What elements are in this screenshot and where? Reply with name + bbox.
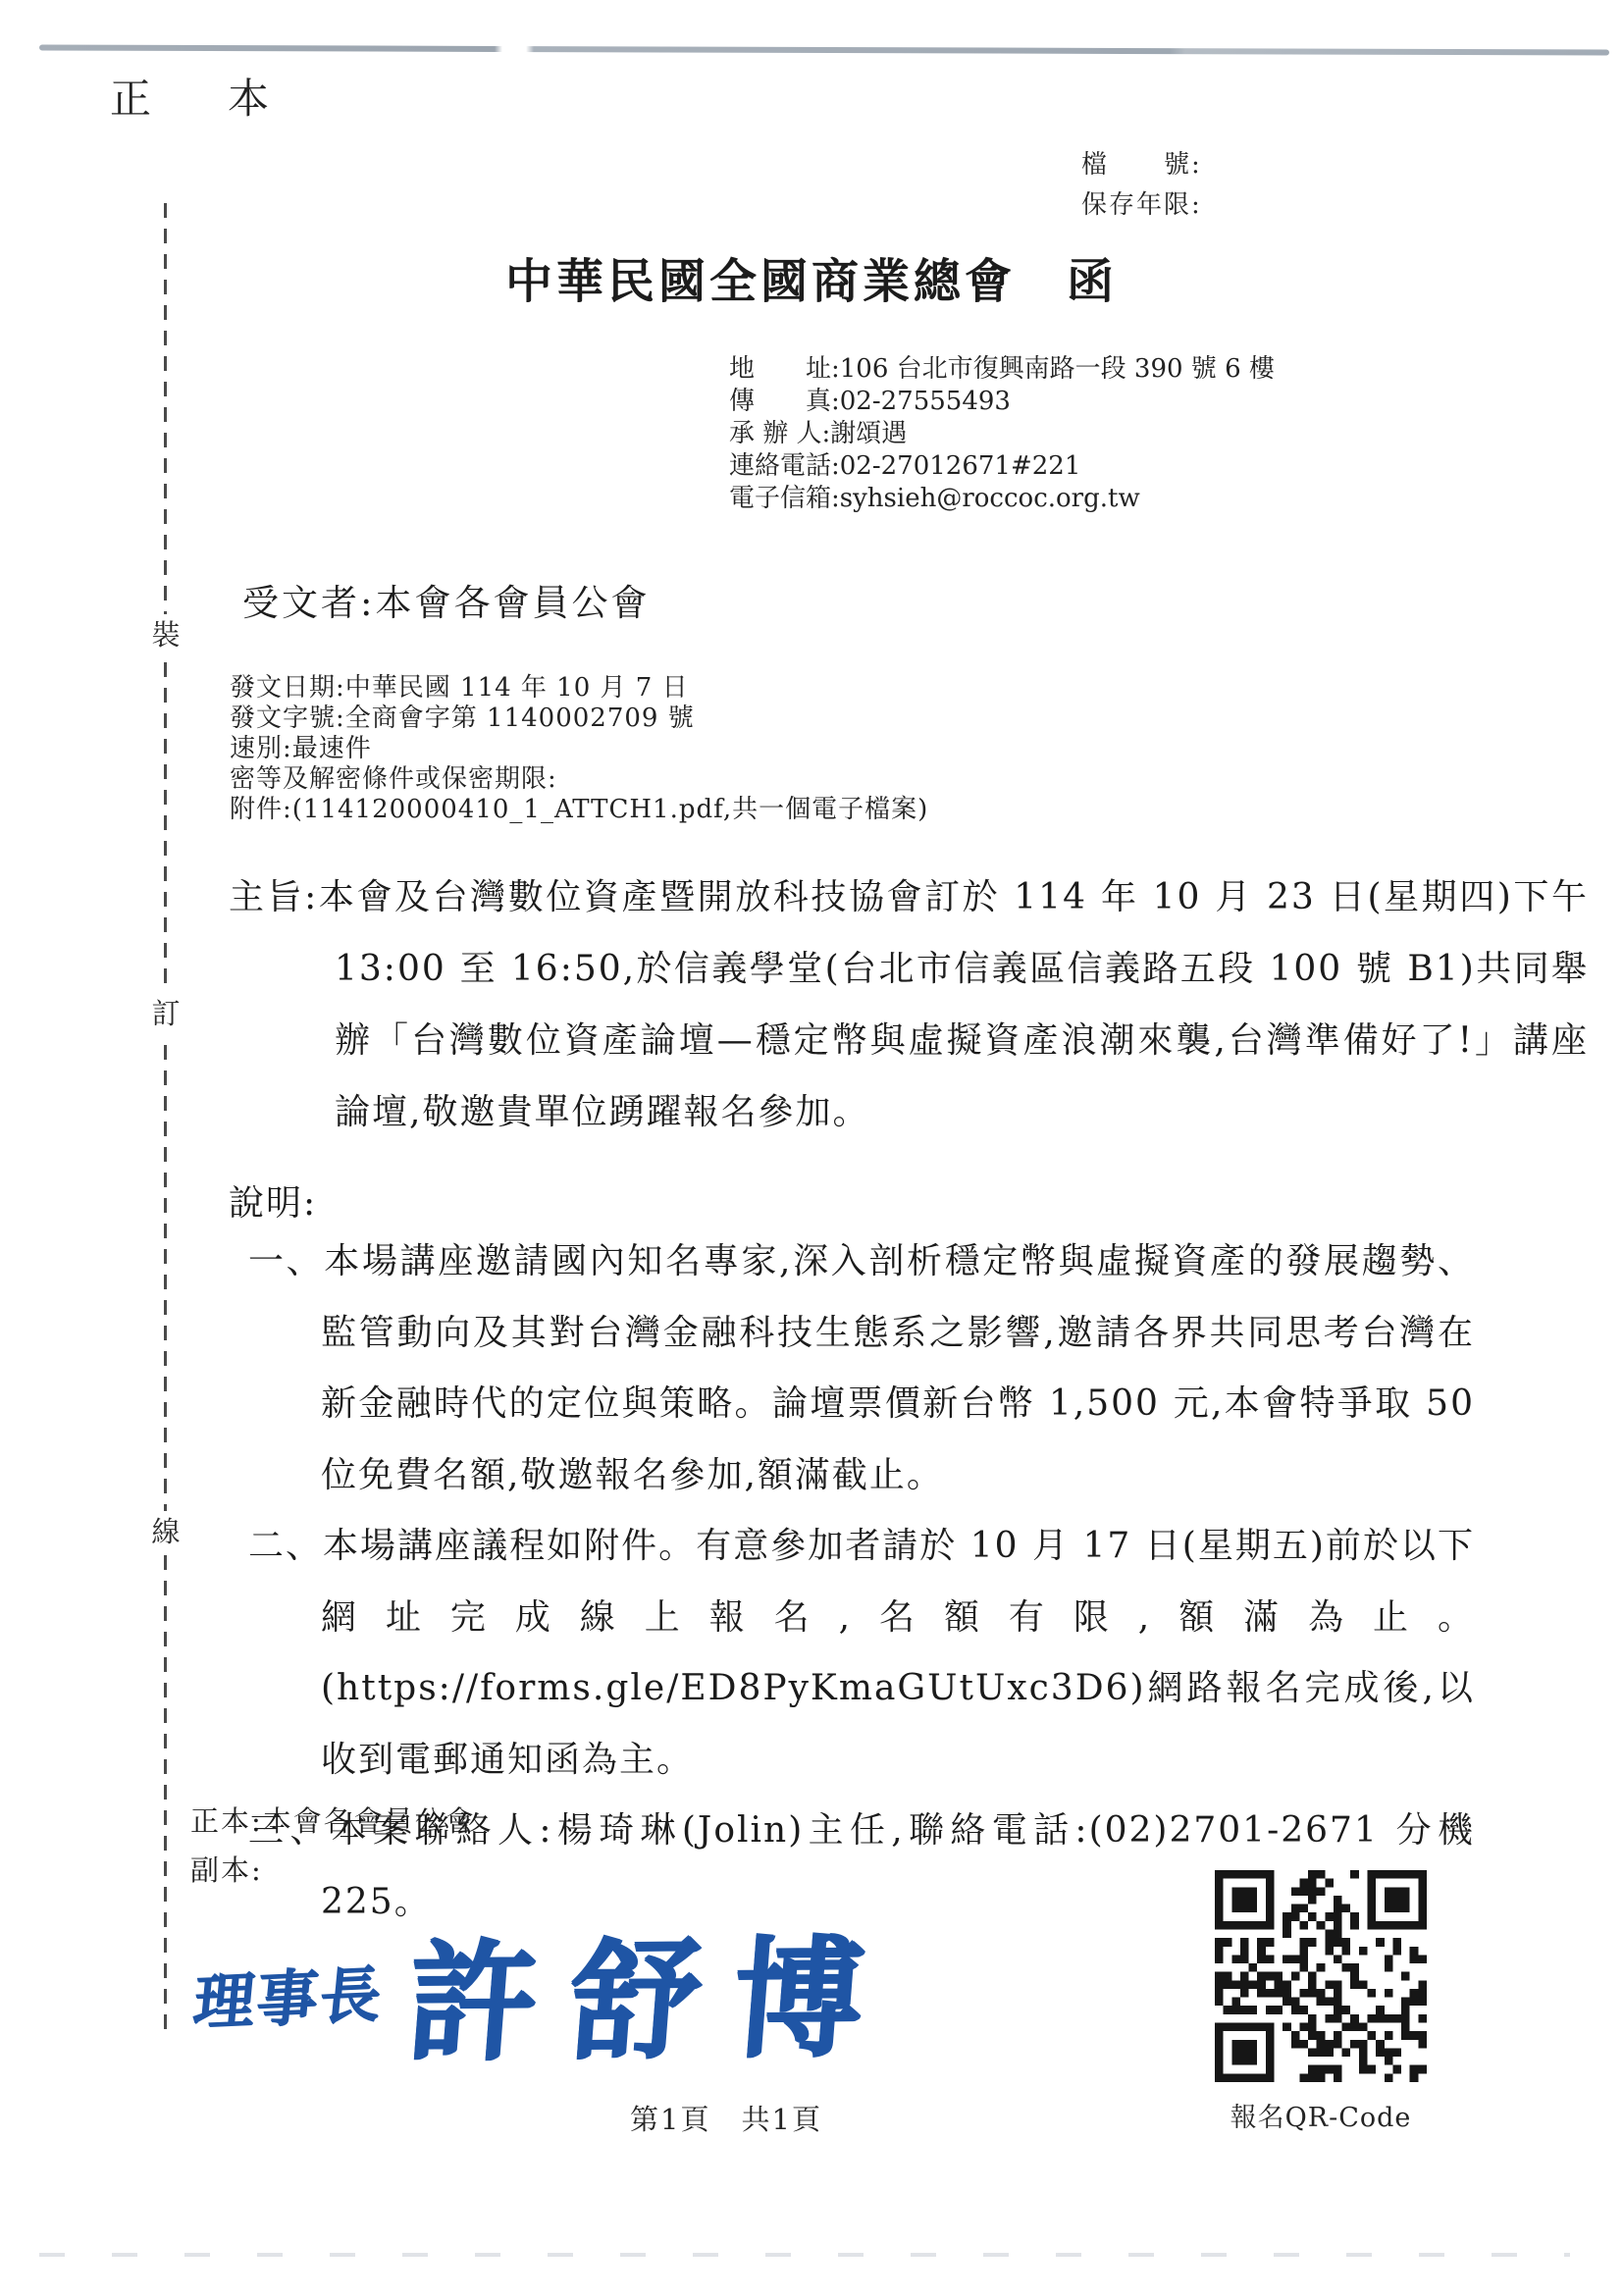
sender-address-row: 地 址:106 台北市復興南路一段 390 號 6 樓 xyxy=(729,353,1275,386)
sender-address-value: 106 台北市復興南路一段 390 號 6 樓 xyxy=(840,354,1275,384)
subject-label: 主旨: xyxy=(229,877,318,917)
cc-original-line: 正本:本會各會員公會 xyxy=(190,1800,476,1840)
dispatch-meta-block: 發文日期:中華民國 114 年 10 月 7 日 發文字號:全商會字第 1140… xyxy=(230,673,928,825)
sender-handler-value: 謝頌遇 xyxy=(830,419,907,448)
dispatch-date: 發文日期:中華民國 114 年 10 月 7 日 xyxy=(230,673,928,704)
sender-contact-block: 地 址:106 台北市復興南路一段 390 號 6 樓 傳 真:02-27555… xyxy=(729,353,1275,515)
sender-email-row: 電子信箱:syhsieh@roccoc.org.tw xyxy=(729,483,1275,515)
description-item-2: 二、本場講座議程如附件。有意參加者請於 10 月 17 日(星期五)前於以下網址… xyxy=(248,1511,1475,1796)
scan-artifact-line xyxy=(39,44,1609,55)
item-1-text: 本場講座邀請國內知名專家,深入剖析穩定幣與虛擬資產的發展趨勢、監管動向及其對台灣… xyxy=(321,1241,1475,1495)
sender-email-label: 電子信箱: xyxy=(729,484,840,513)
signature-title: 理事長 xyxy=(189,1945,387,2041)
security-classification: 密等及解密條件或保密期限: xyxy=(230,764,928,795)
file-number-label: 檔 號: xyxy=(1081,145,1202,185)
qr-code-image xyxy=(1215,1870,1427,2082)
item-2-number: 二、 xyxy=(248,1526,323,1566)
president-signature: 理事長 許舒博 xyxy=(193,1898,941,2082)
sender-phone-label: 連絡電話: xyxy=(729,451,840,481)
binding-mark-xian: 線 xyxy=(148,1511,183,1552)
subject-text: 本會及台灣數位資產暨開放科技協會訂於 114 年 10 月 23 日(星期四)下… xyxy=(318,877,1589,1132)
copy-type-label: 正 本 xyxy=(110,67,287,126)
description-label: 說明: xyxy=(229,1175,317,1226)
binding-mark-ding: 訂 xyxy=(148,993,183,1034)
item-1-number: 一、 xyxy=(248,1241,324,1281)
cc-copy-line: 副本: xyxy=(190,1849,263,1889)
sender-email-value: syhsieh@roccoc.org.tw xyxy=(840,484,1140,513)
description-item-1: 一、本場講座邀請國內知名專家,深入剖析穩定幣與虛擬資產的發展趨勢、監管動向及其對… xyxy=(248,1226,1475,1511)
subject-paragraph: 主旨:本會及台灣數位資產暨開放科技協會訂於 114 年 10 月 23 日(星期… xyxy=(229,861,1589,1148)
sender-phone-row: 連絡電話:02-27012671#221 xyxy=(729,450,1275,483)
priority: 速別:最速件 xyxy=(230,734,928,764)
qr-code-label: 報名QR-Code xyxy=(1166,2096,1476,2134)
retention-period-label: 保存年限: xyxy=(1081,185,1202,226)
recipient-line: 受文者:本會各會員公會 xyxy=(242,573,650,626)
sender-fax-value: 02-27555493 xyxy=(840,387,1011,416)
sender-fax-row: 傳 真:02-27555493 xyxy=(729,386,1275,418)
sender-handler-label: 承 辦 人: xyxy=(729,419,830,448)
signature-name: 許舒博 xyxy=(401,1893,905,2084)
item-2-text: 本場講座議程如附件。有意參加者請於 10 月 17 日(星期五)前於以下網址完成… xyxy=(321,1526,1475,1780)
dispatch-number: 發文字號:全商會字第 1140002709 號 xyxy=(230,704,928,734)
sender-address-label: 地 址: xyxy=(729,354,840,384)
sender-fax-label: 傳 真: xyxy=(729,387,840,416)
sender-handler-row: 承 辦 人:謝頌遇 xyxy=(729,418,1275,450)
document-title: 中華民國全國商業總會 函 xyxy=(0,243,1623,311)
binding-mark-zhuang: 裝 xyxy=(148,614,183,655)
scan-artifact-dashes xyxy=(39,2253,1570,2257)
scanned-official-letter: 正 本 檔 號: 保存年限: 中華民國全國商業總會 函 裝 訂 線 地 址:10… xyxy=(0,0,1623,2296)
file-number-block: 檔 號: 保存年限: xyxy=(1081,145,1202,226)
page-number: 第1頁 共1頁 xyxy=(550,2098,903,2138)
sender-phone-value: 02-27012671#221 xyxy=(840,451,1081,481)
binding-dashed-line xyxy=(164,203,167,2038)
registration-qr-code xyxy=(1215,1870,1427,2082)
attachment-line: 附件:(114120000410_1_ATTCH1.pdf,共一個電子檔案) xyxy=(230,795,928,825)
